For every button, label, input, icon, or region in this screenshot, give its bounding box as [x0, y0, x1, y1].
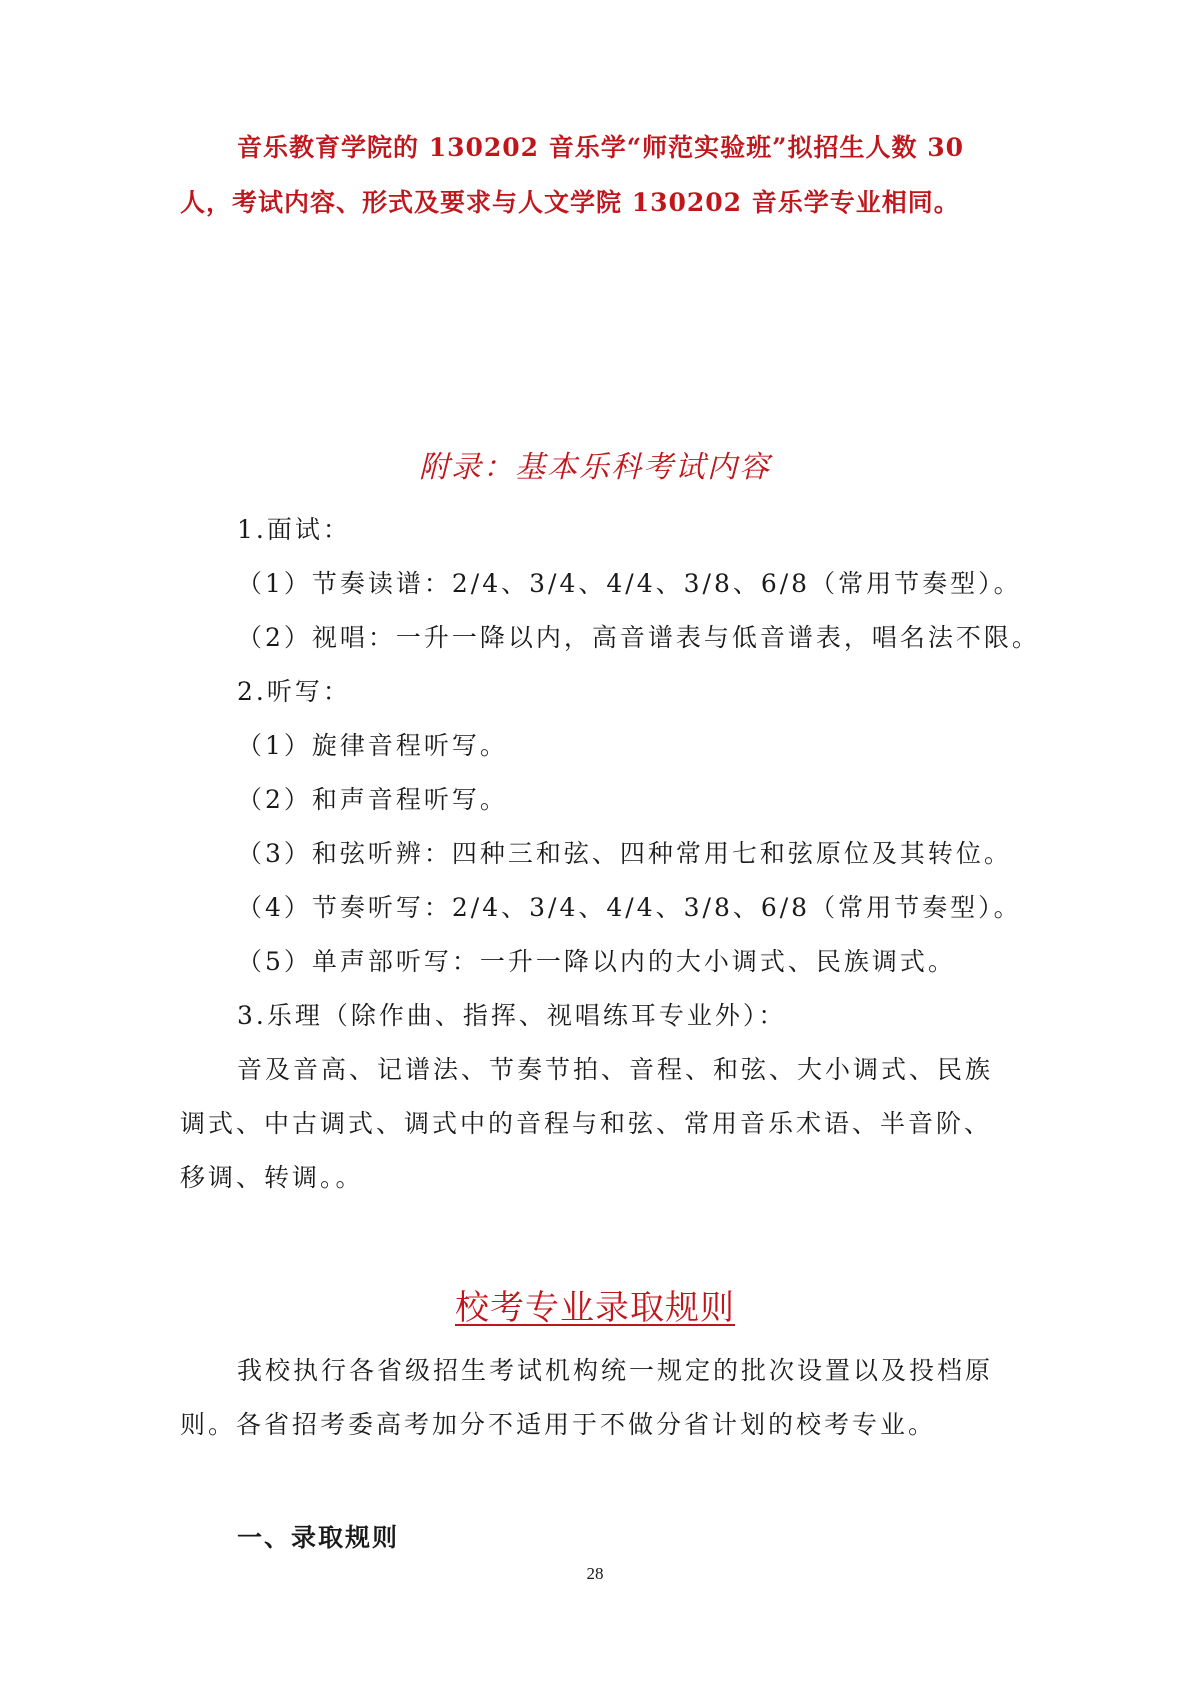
- appendix-item: （2）和声音程听写。: [237, 785, 508, 815]
- appendix-item: 2.听写：: [237, 677, 351, 707]
- appendix-item: 3.乐理（除作曲、指挥、视唱练耳专业外）：: [237, 1001, 786, 1031]
- admission-line-1: 我校执行各省级招生考试机构统一规定的批次设置以及投档原: [237, 1356, 993, 1386]
- intro-line-1: 音乐教育学院的 130202 音乐学“师范实验班”拟招生人数 30: [237, 133, 964, 163]
- appendix-item: （1）节奏读谱：2/4、3/4、4/4、3/8、6/8（常用节奏型）。: [237, 569, 1022, 599]
- page-number: 28: [0, 1564, 1190, 1584]
- theory-line-1: 音及音高、记谱法、节奏节拍、音程、和弦、大小调式、民族: [237, 1055, 993, 1085]
- admission-rules-title-text: 校考专业录取规则: [455, 1288, 735, 1328]
- appendix-item: （5）单声部听写：一升一降以内的大小调式、民族调式。: [237, 947, 956, 977]
- appendix-title: 附录：基本乐科考试内容: [0, 448, 1190, 488]
- admission-subheading: 一、录取规则: [237, 1523, 399, 1553]
- admission-line-2: 则。各省招考委高考加分不适用于不做分省计划的校考专业。: [180, 1410, 936, 1440]
- appendix-item: 1.面试：: [237, 515, 351, 545]
- admission-rules-title: 校考专业录取规则: [0, 1286, 1190, 1330]
- appendix-item: （4）节奏听写：2/4、3/4、4/4、3/8、6/8（常用节奏型）。: [237, 893, 1022, 923]
- theory-line-3: 移调、转调。。: [180, 1163, 364, 1193]
- appendix-item: （1）旋律音程听写。: [237, 731, 508, 761]
- appendix-item: （2）视唱：一升一降以内，高音谱表与低音谱表，唱名法不限。: [237, 623, 1040, 653]
- document-page: 音乐教育学院的 130202 音乐学“师范实验班”拟招生人数 30 人，考试内容…: [0, 0, 1190, 1683]
- appendix-item: （3）和弦听辨：四种三和弦、四种常用七和弦原位及其转位。: [237, 839, 1012, 869]
- intro-line-2: 人，考试内容、形式及要求与人文学院 130202 音乐学专业相同。: [180, 188, 960, 218]
- theory-line-2: 调式、中古调式、调式中的音程与和弦、常用音乐术语、半音阶、: [180, 1109, 992, 1139]
